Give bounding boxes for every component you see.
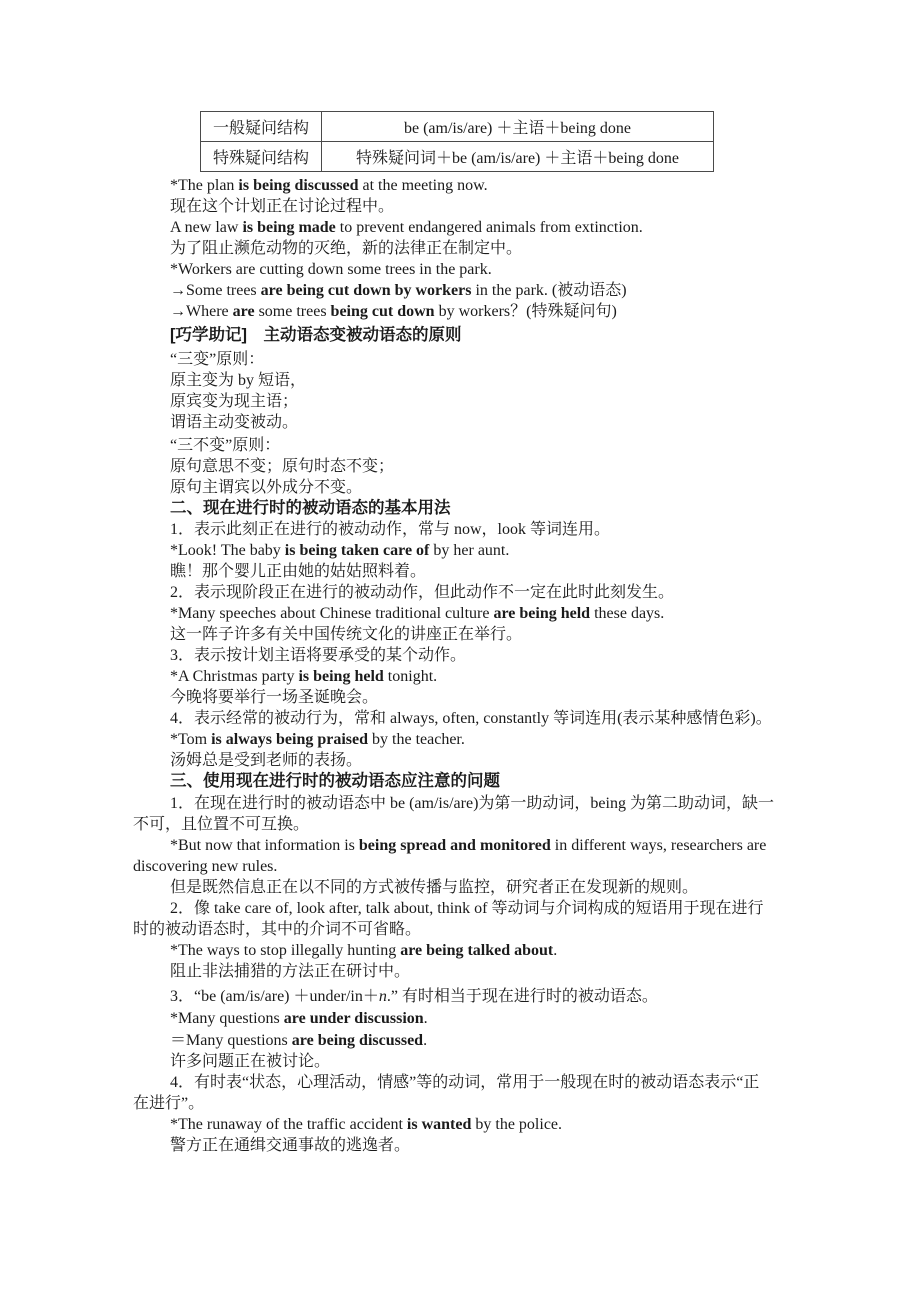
text-segment: *Many questions <box>170 1010 284 1027</box>
text-segment: 这一阵子许多有关中国传统文化的讲座正在举行。 <box>170 626 522 643</box>
text-segment: *A Christmas party <box>170 668 298 685</box>
text-segment: 为了阻止濒危动物的灭绝，新的法律正在制定中。 <box>170 240 522 257</box>
text-line: 警方正在通缉交通事故的逃逸者。 <box>133 1135 833 1156</box>
text-segment: is being taken care of <box>285 542 430 559</box>
text-segment: 1．表示此刻正在进行的被动动作，常与 now，look 等词连用。 <box>170 521 610 538</box>
table-cell-formula: be (am/is/are) ＋主语＋being done <box>322 112 714 142</box>
text-segment: . <box>553 942 557 959</box>
text-line: 但是既然信息正在以不同的方式被传播与监控，研究者正在发现新的规则。 <box>133 877 833 898</box>
text-segment: are being talked about <box>400 942 553 959</box>
text-segment: *The plan <box>170 177 238 194</box>
text-segment: is being discussed <box>238 177 358 194</box>
text-segment: 现在这个计划正在讨论过程中。 <box>170 198 394 215</box>
text-segment: are being cut down by workers <box>261 282 472 299</box>
text-line: *Many speeches about Chinese traditional… <box>133 603 833 624</box>
text-segment: 但是既然信息正在以不同的方式被传播与监控，研究者正在发现新的规则。 <box>170 879 698 896</box>
text-segment: .” 有时相当于现在进行时的被动语态。 <box>387 988 658 1005</box>
text-line: →Where are some trees being cut down by … <box>133 301 833 322</box>
text-line: 瞧！那个婴儿正由她的姑姑照料着。 <box>133 561 833 582</box>
text-line: 原句意思不变；原句时态不变； <box>133 456 833 477</box>
text-segment: 汤姆总是受到老师的表扬。 <box>170 752 362 769</box>
text-segment: 原宾变为现主语； <box>170 393 298 410</box>
text-line: 不可，且位置不可互换。 <box>133 814 833 835</box>
text-segment: 4．表示经常的被动行为，常和 always, often, constantly… <box>170 710 772 727</box>
text-segment: →Where <box>170 303 233 320</box>
text-segment: *Many speeches about Chinese traditional… <box>170 605 493 622</box>
text-segment: to prevent endangered animals from extin… <box>336 219 643 236</box>
question-structure-table-body: 一般疑问结构be (am/is/are) ＋主语＋being done特殊疑问结… <box>201 112 714 172</box>
table-cell-structure-label: 特殊疑问结构 <box>201 142 322 172</box>
text-segment: 警方正在通缉交通事故的逃逸者。 <box>170 1137 410 1154</box>
text-segment: 不可，且位置不可互换。 <box>133 816 309 833</box>
text-segment: by her aunt. <box>429 542 509 559</box>
text-line: 4．表示经常的被动行为，常和 always, often, constantly… <box>133 708 833 729</box>
text-line: *The ways to stop illegally hunting are … <box>133 940 833 961</box>
text-line: *Workers are cutting down some trees in … <box>133 259 833 280</box>
text-line: 原句主谓宾以外成分不变。 <box>133 477 833 498</box>
text-line: 4．有时表“状态，心理活动，情感”等的动词，常用于一般现在时的被动语态表示“正 <box>133 1072 833 1093</box>
text-segment: 2．像 take care of, look after, talk about… <box>170 900 763 917</box>
text-segment: by the police. <box>471 1116 562 1133</box>
text-segment: . <box>423 1032 427 1049</box>
text-line: discovering new rules. <box>133 856 833 877</box>
text-segment: these days. <box>590 605 664 622</box>
table-row: 一般疑问结构be (am/is/are) ＋主语＋being done <box>201 112 714 142</box>
text-line: 阻止非法捕猎的方法正在研讨中。 <box>133 961 833 982</box>
text-segment: n <box>379 988 387 1005</box>
text-segment: 4．有时表“状态，心理活动，情感”等的动词，常用于一般现在时的被动语态表示“正 <box>170 1074 759 1091</box>
text-segment: *The ways to stop illegally hunting <box>170 942 400 959</box>
text-line: *Tom is always being praised by the teac… <box>133 729 833 750</box>
text-segment: A new law <box>170 219 242 236</box>
text-segment: 时的被动语态时，其中的介词不可省略。 <box>133 921 421 938</box>
text-segment: →Some trees <box>170 282 261 299</box>
text-segment: 3．表示按计划主语将要承受的某个动作。 <box>170 647 466 664</box>
text-segment: in different ways, researchers are <box>551 837 767 854</box>
text-segment: 阻止非法捕猎的方法正在研讨中。 <box>170 963 410 980</box>
text-segment: “三变”原则： <box>170 351 264 368</box>
text-segment: tonight. <box>384 668 437 685</box>
text-segment: 原句主谓宾以外成分不变。 <box>170 479 362 496</box>
document-page: 一般疑问结构be (am/is/are) ＋主语＋being done特殊疑问结… <box>0 0 920 1302</box>
text-line: *Look! The baby is being taken care of b… <box>133 540 833 561</box>
text-segment: are being held <box>493 605 590 622</box>
text-line: *Many questions are under discussion. <box>133 1008 833 1029</box>
text-segment: 在进行”。 <box>133 1095 204 1112</box>
text-segment: by workers？(特殊疑问句) <box>435 303 617 320</box>
text-segment: 谓语主动变被动。 <box>170 414 298 431</box>
text-line: 原主变为 by 短语， <box>133 370 833 391</box>
text-line: *A Christmas party is being held tonight… <box>133 666 833 687</box>
text-segment: is being made <box>242 219 335 236</box>
document-content: 一般疑问结构be (am/is/are) ＋主语＋being done特殊疑问结… <box>133 111 833 1156</box>
text-segment: *But now that information is <box>170 837 359 854</box>
text-line: 3．表示按计划主语将要承受的某个动作。 <box>133 645 833 666</box>
text-segment: at the meeting now. <box>358 177 487 194</box>
text-segment: 原主变为 by 短语， <box>170 372 306 389</box>
text-segment: 3．“be (am/is/are) ＋under/in＋ <box>170 988 379 1005</box>
text-segment: 1．在现在进行时的被动语态中 be (am/is/are)为第一助动词，bein… <box>170 795 774 812</box>
table-row: 特殊疑问结构特殊疑问词＋be (am/is/are) ＋主语＋being don… <box>201 142 714 172</box>
section-heading: [巧学助记] 主动语态变被动语态的原则 <box>133 325 833 346</box>
text-segment: is always being praised <box>211 731 368 748</box>
text-segment: are under discussion <box>284 1010 424 1027</box>
text-segment: . <box>424 1010 428 1027</box>
text-line: *The plan is being discussed at the meet… <box>133 175 833 196</box>
table-cell-formula: 特殊疑问词＋be (am/is/are) ＋主语＋being done <box>322 142 714 172</box>
text-segment: [巧学助记] 主动语态变被动语态的原则 <box>170 326 462 344</box>
text-line: 现在这个计划正在讨论过程中。 <box>133 196 833 217</box>
text-line: 在进行”。 <box>133 1093 833 1114</box>
text-segment: discovering new rules. <box>133 858 277 875</box>
text-segment: 瞧！那个婴儿正由她的姑姑照料着。 <box>170 563 426 580</box>
text-segment: 许多问题正在被讨论。 <box>170 1053 330 1070</box>
text-segment: *Tom <box>170 731 211 748</box>
text-line: 1．在现在进行时的被动语态中 be (am/is/are)为第一助动词，bein… <box>133 793 833 814</box>
text-segment: by the teacher. <box>368 731 465 748</box>
text-line: 3．“be (am/is/are) ＋under/in＋n.” 有时相当于现在进… <box>133 986 833 1007</box>
text-segment: 三、使用现在进行时的被动语态应注意的问题 <box>170 772 500 790</box>
text-line: 1．表示此刻正在进行的被动动作，常与 now，look 等词连用。 <box>133 519 833 540</box>
text-line: ＝Many questions are being discussed. <box>133 1030 833 1051</box>
text-line: →Some trees are being cut down by worker… <box>133 280 833 301</box>
text-line: 原宾变为现主语； <box>133 391 833 412</box>
section-heading: 三、使用现在进行时的被动语态应注意的问题 <box>133 771 833 792</box>
text-segment: *The runaway of the traffic accident <box>170 1116 407 1133</box>
section-heading: 二、现在进行时的被动语态的基本用法 <box>133 498 833 519</box>
text-segment: are <box>233 303 255 320</box>
text-line: 这一阵子许多有关中国传统文化的讲座正在举行。 <box>133 624 833 645</box>
text-line: 为了阻止濒危动物的灭绝，新的法律正在制定中。 <box>133 238 833 259</box>
document-body: *The plan is being discussed at the meet… <box>133 175 833 1156</box>
text-segment: *Look! The baby <box>170 542 285 559</box>
text-segment: ＝Many questions <box>170 1032 292 1049</box>
text-segment: “三不变”原则： <box>170 437 280 454</box>
text-segment: *Workers are cutting down some trees in … <box>170 261 492 278</box>
text-line: A new law is being made to prevent endan… <box>133 217 833 238</box>
text-segment: is wanted <box>407 1116 471 1133</box>
text-line: 谓语主动变被动。 <box>133 412 833 433</box>
text-segment: being cut down <box>331 303 435 320</box>
text-line: *But now that information is being sprea… <box>133 835 833 856</box>
text-segment: in the park. (被动语态) <box>471 282 626 299</box>
text-segment: some trees <box>255 303 331 320</box>
question-structure-table: 一般疑问结构be (am/is/are) ＋主语＋being done特殊疑问结… <box>200 111 714 172</box>
text-line: 时的被动语态时，其中的介词不可省略。 <box>133 919 833 940</box>
text-line: 汤姆总是受到老师的表扬。 <box>133 750 833 771</box>
text-segment: 2．表示现阶段正在进行的被动动作，但此动作不一定在此时此刻发生。 <box>170 584 674 601</box>
text-line: 2．表示现阶段正在进行的被动动作，但此动作不一定在此时此刻发生。 <box>133 582 833 603</box>
text-segment: 今晚将要举行一场圣诞晚会。 <box>170 689 378 706</box>
text-line: 许多问题正在被讨论。 <box>133 1051 833 1072</box>
text-line: 2．像 take care of, look after, talk about… <box>133 898 833 919</box>
text-segment: is being held <box>298 668 383 685</box>
table-cell-structure-label: 一般疑问结构 <box>201 112 322 142</box>
text-segment: are being discussed <box>292 1032 423 1049</box>
text-line: 今晚将要举行一场圣诞晚会。 <box>133 687 833 708</box>
text-line: “三不变”原则： <box>133 435 833 456</box>
text-line: “三变”原则： <box>133 349 833 370</box>
text-line: *The runaway of the traffic accident is … <box>133 1114 833 1135</box>
text-segment: 二、现在进行时的被动语态的基本用法 <box>170 499 451 517</box>
text-segment: being spread and monitored <box>359 837 551 854</box>
text-segment: 原句意思不变；原句时态不变； <box>170 458 394 475</box>
